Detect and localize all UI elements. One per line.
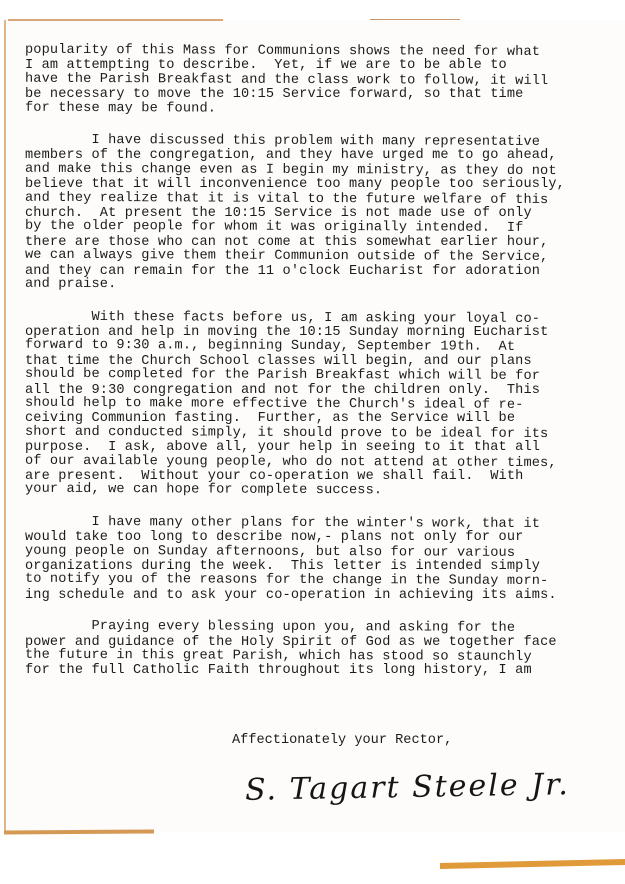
text-line: should help to make more effective the C… (25, 397, 615, 414)
text-line: Praying every blessing upon you, and ask… (25, 620, 615, 637)
paper-edge-top-right (370, 19, 460, 20)
text-line: With these facts before us, I am asking … (25, 310, 615, 327)
text-line: we can always give them their Communion … (25, 249, 615, 266)
text-line: should be completed for the Parish Break… (25, 368, 615, 385)
paragraph-5: Praying every blessing upon you, and ask… (25, 621, 615, 679)
paragraph-2: I have discussed this problem with many … (25, 135, 615, 293)
text-line: and make this change even as I begin my … (25, 163, 615, 180)
text-line: for these may be found. (25, 101, 615, 118)
text-line: for the full Catholic Faith throughout i… (25, 664, 615, 678)
paragraph-4: I have many other plans for the winter's… (25, 517, 615, 603)
text-line: have the Parish Breakfast and the class … (25, 73, 615, 90)
text-line: I have many other plans for the winter's… (25, 515, 615, 532)
text-line: popularity of this Mass for Communions s… (25, 44, 615, 61)
paragraph-3: With these facts before us, I am asking … (25, 312, 615, 499)
text-line: your aid, we can hope for complete succe… (25, 483, 615, 500)
paper-edge-bottom-right (440, 859, 625, 869)
text-line: and they realize that it is vital to the… (25, 191, 615, 208)
text-line: the future in this great Parish, which h… (25, 649, 615, 666)
text-line: of our available young people, who do no… (25, 454, 615, 471)
text-line: short and conducted simply, it should pr… (25, 425, 615, 442)
paragraph-1: popularity of this Mass for Communions s… (25, 45, 615, 117)
handwritten-signature: S. Tagart Steele Jr. (245, 767, 570, 808)
text-line: and praise. (25, 278, 615, 295)
text-line: forward to 9:30 a.m., beginning Sunday, … (25, 339, 615, 356)
paper-edge-top-left (8, 19, 223, 21)
text-line: young people on Sunday afternoons, but a… (25, 544, 615, 561)
paper-edge-bottom-left (4, 829, 154, 834)
closing-salutation: Affectionately your Rector, (232, 733, 452, 748)
letter-body: popularity of this Mass for Communions s… (25, 45, 615, 697)
text-line: I have discussed this problem with many … (25, 134, 615, 151)
text-line: ing schedule and to ask your co-operatio… (25, 589, 615, 603)
